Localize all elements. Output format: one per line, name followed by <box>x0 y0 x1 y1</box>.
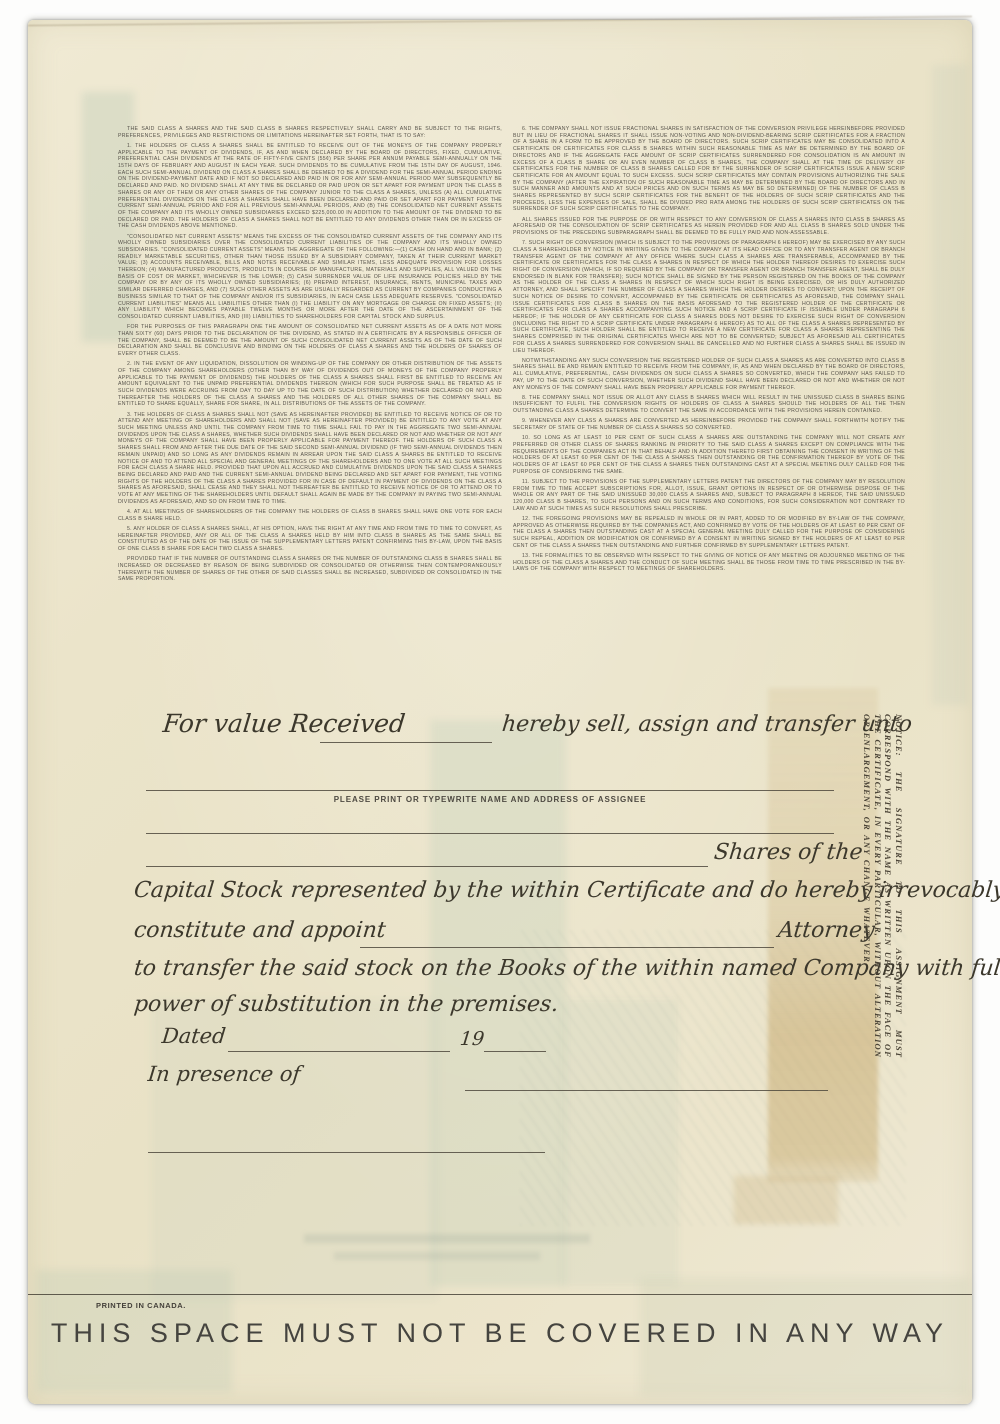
witness-line <box>148 1152 545 1153</box>
in-presence-of-label: In presence of <box>147 1062 302 1086</box>
paper-sheet: THE SAID CLASS A SHARES AND THE SAID CLA… <box>28 20 972 1404</box>
printed-in-canada-label: PRINTED IN CANADA. <box>96 1301 186 1310</box>
tape-stain <box>734 1176 838 1224</box>
legal-paragraph: FOR THE PURPOSES OF THIS PARAGRAPH ONE T… <box>118 324 502 358</box>
space-notice-text: THIS SPACE MUST NOT BE COVERED IN ANY WA… <box>28 1318 972 1349</box>
scanned-certificate-back: THE SAID CLASS A SHARES AND THE SAID CLA… <box>0 0 1000 1424</box>
footer-rule <box>28 1294 972 1295</box>
attorney-name-line <box>360 947 774 948</box>
dated-blank-line <box>228 1051 450 1052</box>
fold-crease <box>28 15 972 26</box>
legal-paragraph: 3. THE HOLDERS OF CLASS A SHARES SHALL N… <box>118 412 502 506</box>
legal-paragraph: ALL SHARES ISSUED FOR THE PURPOSE OF OR … <box>513 217 905 237</box>
legal-paragraph: 2. IN THE EVENT OF ANY LIQUIDATION, DISS… <box>118 361 502 408</box>
legal-paragraph: 4. AT ALL MEETINGS OF SHAREHOLDERS OF TH… <box>118 509 502 522</box>
dated-label: Dated <box>161 1024 227 1048</box>
legal-paragraph: 7. SUCH RIGHT OF CONVERSION (WHICH IS SU… <box>513 240 905 354</box>
ghost-text-showthrough <box>304 1234 590 1243</box>
legal-paragraph: PROVIDED THAT IF THE NUMBER OF OUTSTANDI… <box>118 556 502 583</box>
ghost-showthrough <box>562 1000 678 1286</box>
year-prefix: 19 <box>459 1028 485 1050</box>
legal-paragraph: NOTWITHSTANDING ANY SUCH CONVERSION THE … <box>513 358 905 392</box>
legal-paragraph: "CONSOLIDATED NET CURRENT ASSETS" MEANS … <box>118 234 502 321</box>
legal-paragraph: THE SAID CLASS A SHARES AND THE SAID CLA… <box>118 126 502 139</box>
legal-paragraph: 11. SUBJECT TO THE PROVISIONS OF THE SUP… <box>513 479 905 513</box>
ghost-showthrough <box>932 65 968 705</box>
legal-paragraph: 8. THE COMPANY SHALL NOT ISSUE OR ALLOT … <box>513 395 905 415</box>
legal-paragraph: 10. SO LONG AS AT LEAST 10 PER CENT OF S… <box>513 435 905 475</box>
legal-text-right-column: 6. THE COMPANY SHALL NOT ISSUE FRACTIONA… <box>513 126 905 577</box>
signature-line <box>465 1090 828 1091</box>
constitute-appoint-label: constitute and appoint <box>133 918 387 943</box>
legal-paragraph: 9. WHENEVER ANY CLASS A SHARES ARE CONVE… <box>513 418 905 431</box>
year-blank-line <box>484 1051 546 1052</box>
legal-paragraph: 1. THE HOLDERS OF CLASS A SHARES SHALL B… <box>118 143 502 230</box>
legal-paragraph: 13. THE FORMALITIES TO BE OBSERVED WITH … <box>513 553 905 573</box>
shares-of-the-label: Shares of the <box>713 840 864 865</box>
assignee-name-line <box>146 790 834 791</box>
shares-count-line <box>146 866 708 867</box>
assignee-address-line <box>146 833 834 834</box>
legal-text-left-column: THE SAID CLASS A SHARES AND THE SAID CLA… <box>118 126 502 587</box>
legal-paragraph: 6. THE COMPANY SHALL NOT ISSUE FRACTIONA… <box>513 126 905 213</box>
power-substitution-label: power of substitution in the premises. <box>133 992 560 1017</box>
for-value-received-label: For value Received <box>161 709 406 738</box>
legal-paragraph: 5. ANY HOLDER OF CLASS A SHARES SHALL, A… <box>118 526 502 553</box>
ghost-text-showthrough <box>334 1252 540 1260</box>
signature-notice: NOTICE: THE SIGNATURE TO THIS ASSIGNMENT… <box>862 714 904 1058</box>
assignee-caption: PLEASE PRINT OR TYPEWRITE NAME AND ADDRE… <box>146 795 834 804</box>
consideration-blank-line <box>320 742 492 743</box>
transfer-phrase-label: hereby sell, assign and transfer unto <box>501 712 914 737</box>
attorney-label: Attorney <box>777 918 876 943</box>
legal-paragraph: 12. THE FOREGOING PROVISIONS MAY BE REPE… <box>513 516 905 550</box>
